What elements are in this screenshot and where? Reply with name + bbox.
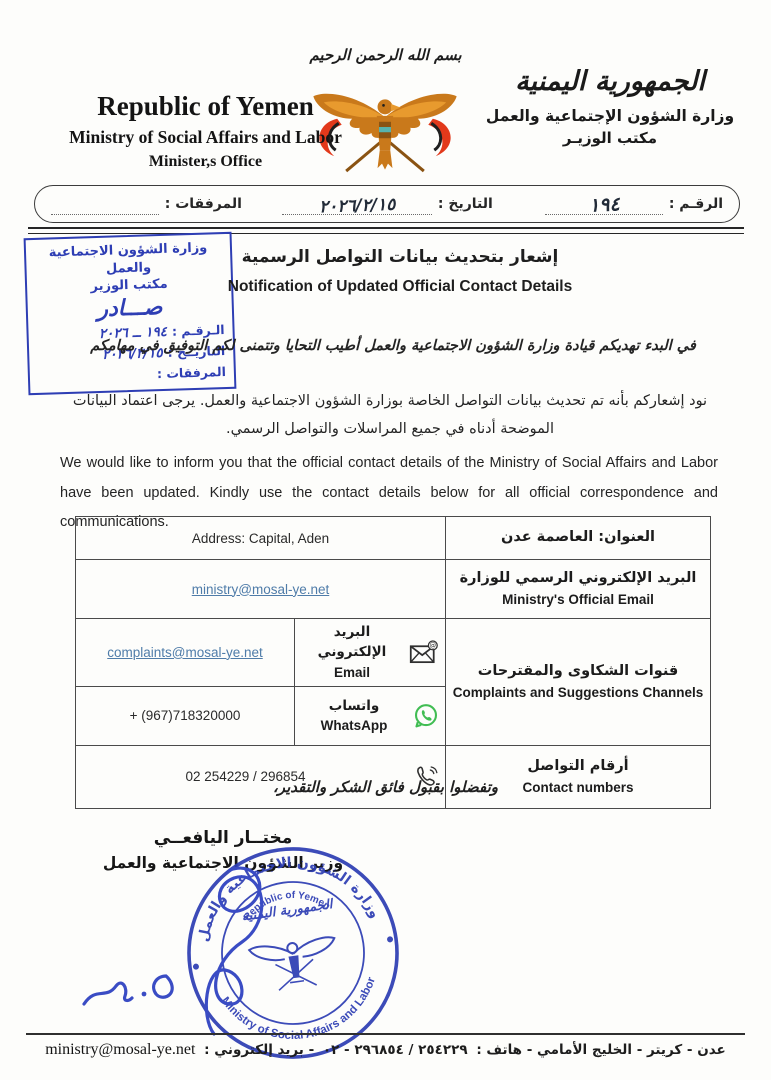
- whatsapp-type-en: WhatsApp: [301, 716, 407, 736]
- email-type-ar: البريد الإلكتروني: [301, 622, 403, 663]
- numbers-value-cell: 02 254229 / 296854: [76, 745, 446, 808]
- whatsapp-type-cell: واتساب WhatsApp: [295, 686, 446, 745]
- footer-email-label: - بريد إلكتروني :: [204, 1042, 314, 1058]
- whatsapp-value-cell: + (967)718320000: [76, 686, 295, 745]
- ministry-email-value-cell: ministry@mosal-ye.net: [76, 560, 446, 619]
- footer-phone-numbers: ٢٥٤٢٢٩ / ٢٩٦٨٥٤ - ٠٢: [323, 1042, 468, 1058]
- address-value: Address: Capital, Aden: [82, 531, 439, 546]
- email-type-en: Email: [301, 663, 403, 683]
- contact-details-table: العنوان: العاصمة عدن Address: Capital, A…: [75, 516, 711, 809]
- closing-line: وتفضلوا بقبول فائق الشكر والتقدير،: [0, 778, 771, 796]
- ministry-email-label-ar: البريد الإلكتروني الرسمي للوزارة: [452, 568, 704, 590]
- whatsapp-number: + (967)718320000: [82, 708, 288, 723]
- ref-attachments-field: [51, 194, 159, 215]
- ref-number-label: الرقـم :: [669, 196, 723, 212]
- address-value-cell: Address: Capital, Aden: [76, 517, 446, 560]
- table-row: أرقام التواصل Contact numbers 02 254229 …: [76, 745, 711, 808]
- ref-number-value: ١٩٤: [588, 193, 620, 217]
- footer-rule: [26, 1033, 745, 1035]
- header-divider-rule: [28, 227, 744, 234]
- address-label-cell: العنوان: العاصمة عدن: [446, 517, 711, 560]
- whatsapp-type-ar: واتساب: [301, 696, 407, 716]
- ministry-email-label-cell: البريد الإلكتروني الرسمي للوزارة Ministr…: [446, 560, 711, 619]
- numbers-label-ar: أرقام التواصل: [452, 756, 704, 778]
- office-name-ar: مكتب الوزيـر: [475, 129, 745, 147]
- channels-label-cell: قنوات الشكاوى والمقترحات Complaints and …: [446, 619, 711, 746]
- channels-label-ar: قنوات الشكاوى والمقترحات: [452, 661, 704, 683]
- ref-attachments-label: المرفقات :: [165, 196, 242, 212]
- header-arabic: الجمهورية اليمنية وزارة الشؤون الإجتماعي…: [475, 62, 745, 147]
- ref-number-field: ١٩٤: [545, 194, 663, 215]
- ref-date-label: التاريخ :: [438, 196, 493, 212]
- letter-page: بسم الله الرحمن الرحيم Republic of Yemen…: [0, 0, 771, 1080]
- complaints-email-link[interactable]: complaints@mosal-ye.net: [107, 645, 263, 660]
- table-row: البريد الإلكتروني الرسمي للوزارة Ministr…: [76, 560, 711, 619]
- greeting-line: في البدء تهديكم قيادة وزارة الشؤون الاجت…: [40, 338, 746, 354]
- table-row: العنوان: العاصمة عدن Address: Capital, A…: [76, 517, 711, 560]
- reference-line-box: الرقـم : ١٩٤ التاريخ : ٢٠٢٦/٢/١٥ المرفقا…: [34, 185, 740, 223]
- header-english: Republic of Yemen Ministry of Social Aff…: [38, 90, 373, 174]
- ref-date-field: ٢٠٢٦/٢/١٥: [282, 194, 432, 215]
- complaints-email-value-cell: complaints@mosal-ye.net: [76, 619, 295, 687]
- email-type-cell: @ البريد الإلكتروني Email: [295, 619, 446, 687]
- channels-label-en: Complaints and Suggestions Channels: [452, 683, 704, 703]
- table-row: قنوات الشكاوى والمقترحات Complaints and …: [76, 619, 711, 687]
- subject-arabic: إشعار بتحديث بيانات التواصل الرسمية: [175, 247, 625, 267]
- body-paragraph-arabic: نود إشعاركم بأنه تم تحديث بيانات التواصل…: [68, 387, 712, 444]
- address-label: العنوان: العاصمة عدن: [452, 527, 704, 549]
- country-name-ar: الجمهورية اليمنية: [475, 62, 745, 103]
- ministry-email-label-en: Ministry's Official Email: [452, 590, 704, 610]
- svg-text:@: @: [430, 642, 437, 650]
- email-envelope-icon: @: [409, 640, 439, 664]
- whatsapp-icon: [413, 703, 439, 729]
- footer-contact-line: عدن - كريتر - الخليج الأمامي - هاتف : ٢٥…: [0, 1041, 771, 1059]
- ref-date-value: ٢٠٢٦/٢/١٥: [318, 194, 395, 217]
- ministry-email-link[interactable]: ministry@mosal-ye.net: [192, 582, 330, 597]
- ministry-name-en: Ministry of Social Affairs and Labor: [38, 124, 373, 150]
- office-name-en: Minister,s Office: [38, 150, 373, 174]
- footer-address-label: عدن - كريتر - الخليج الأمامي - هاتف :: [476, 1042, 725, 1058]
- stamp-attachments-label: المرفقات :: [157, 362, 226, 384]
- ministry-name-ar: وزارة الشؤون الإجتماعية والعمل: [475, 103, 745, 129]
- country-name-en: Republic of Yemen: [38, 90, 373, 124]
- footer-email-value[interactable]: ministry@mosal-ye.net: [45, 1041, 195, 1058]
- numbers-label-cell: أرقام التواصل Contact numbers: [446, 745, 711, 808]
- minister-signature: [62, 858, 312, 1038]
- letter-subject: إشعار بتحديث بيانات التواصل الرسمية Noti…: [175, 247, 625, 296]
- subject-english: Notification of Updated Official Contact…: [175, 278, 625, 296]
